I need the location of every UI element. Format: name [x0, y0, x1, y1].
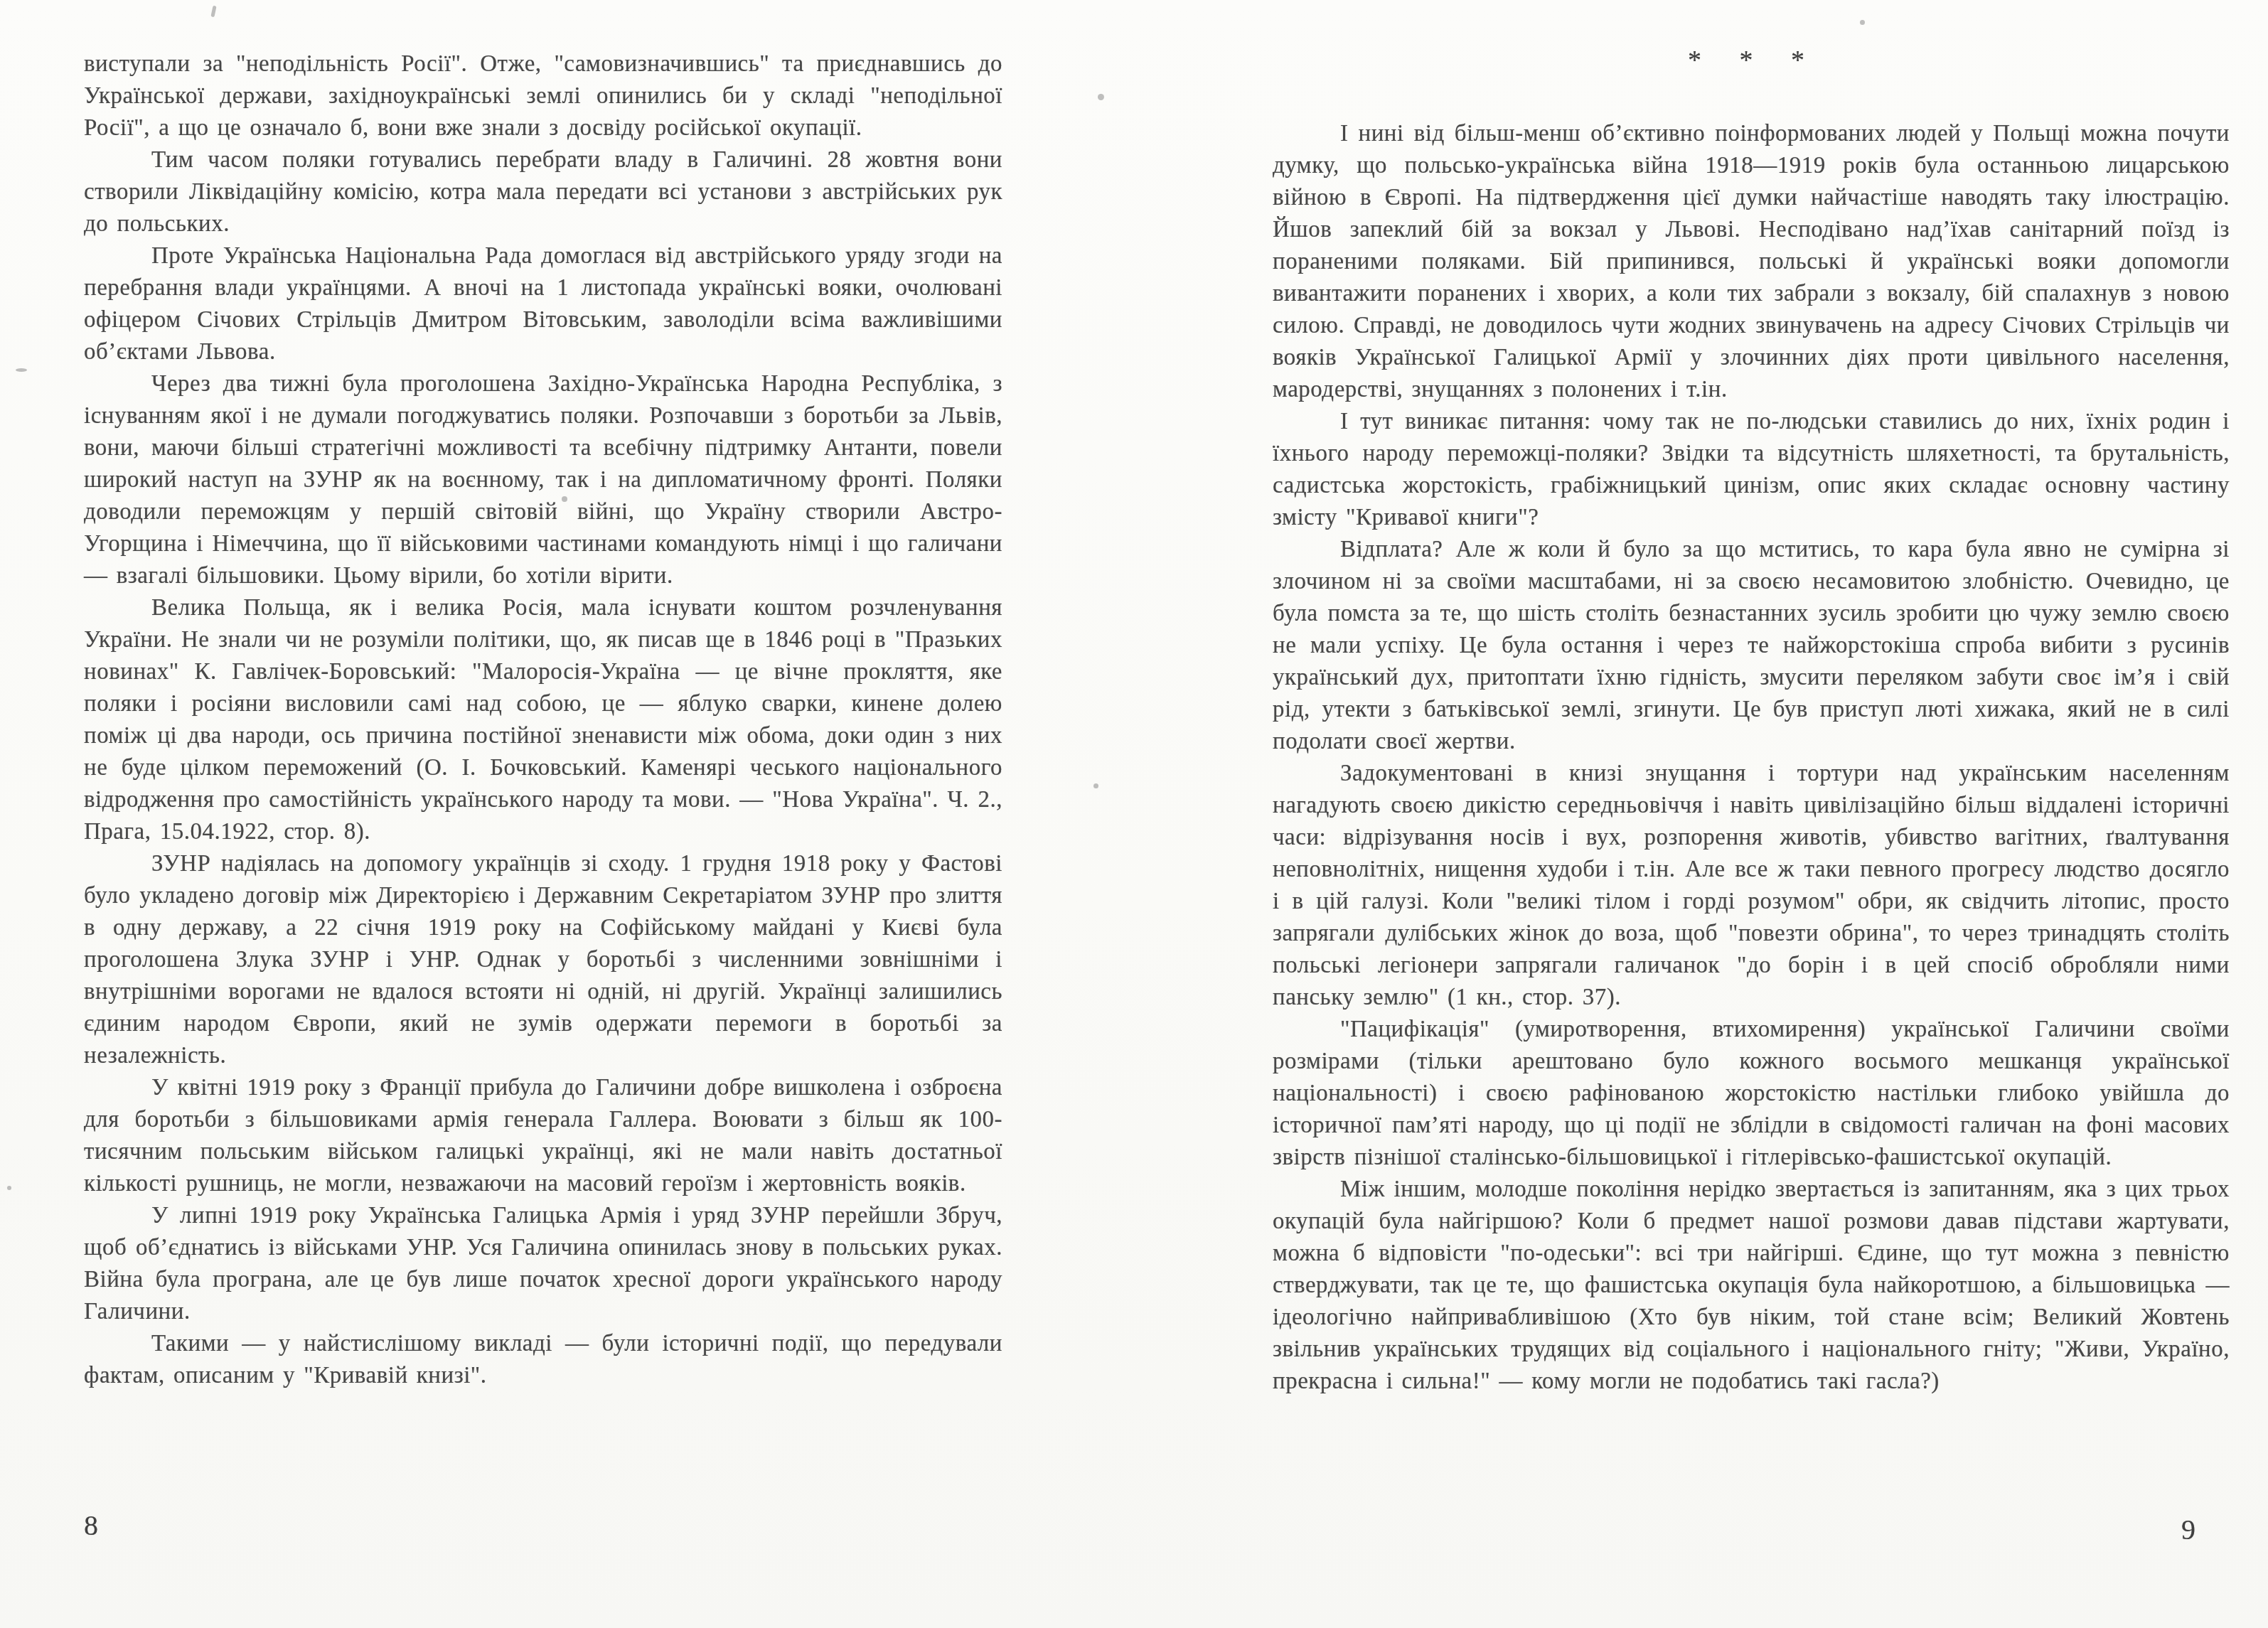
right-page-text: * * * І нині від більш-менш об’єктивно п… — [1273, 40, 2230, 1398]
paragraph: І нині від більш-менш об’єктивно поінфор… — [1273, 118, 2230, 406]
left-page-text: виступали за "неподільність Росії". Отже… — [84, 48, 1002, 1392]
paragraph: Задокументовані в книзі знущання і торту… — [1273, 758, 2230, 1014]
paragraph: Через два тижні була проголошена Західно… — [84, 368, 1002, 592]
paragraph: Між іншим, молодше покоління нерідко зве… — [1273, 1174, 2230, 1398]
paragraph: І тут виникає питання: чому так не по-лю… — [1273, 406, 2230, 534]
paragraph: У липні 1919 року Українська Галицька Ар… — [84, 1200, 1002, 1328]
scan-speck — [7, 1186, 11, 1190]
scan-speck — [1098, 94, 1104, 100]
page-number-left: 8 — [84, 1509, 98, 1542]
paragraph: Такими — у найстислішому викладі — були … — [84, 1328, 1002, 1392]
paragraph: "Пацифікація" (умиротворення, втихомирен… — [1273, 1014, 2230, 1174]
paragraph: Тим часом поляки готувались перебрати вл… — [84, 144, 1002, 240]
page-number-right: 9 — [2181, 1513, 2195, 1546]
paragraph: Велика Польща, як і велика Росія, мала і… — [84, 592, 1002, 848]
paragraph: Відплата? Але ж коли й було за що мстити… — [1273, 534, 2230, 758]
book-spread: виступали за "неподільність Росії". Отже… — [0, 0, 2268, 1628]
scan-speck — [16, 368, 27, 372]
scan-speck — [1860, 20, 1865, 25]
scan-speck — [1093, 783, 1098, 788]
right-page-paragraphs: І нині від більш-менш об’єктивно поінфор… — [1273, 118, 2230, 1398]
paragraph: виступали за "неподільність Росії". Отже… — [84, 48, 1002, 144]
paragraph: У квітні 1919 року з Франції прибула до … — [84, 1072, 1002, 1200]
scan-speck — [210, 6, 216, 18]
section-divider: * * * — [1273, 40, 2230, 81]
paragraph: ЗУНР надіялась на допомогу українців зі … — [84, 848, 1002, 1072]
scan-speck — [562, 496, 567, 502]
paragraph: Проте Українська Національна Рада домогл… — [84, 240, 1002, 368]
